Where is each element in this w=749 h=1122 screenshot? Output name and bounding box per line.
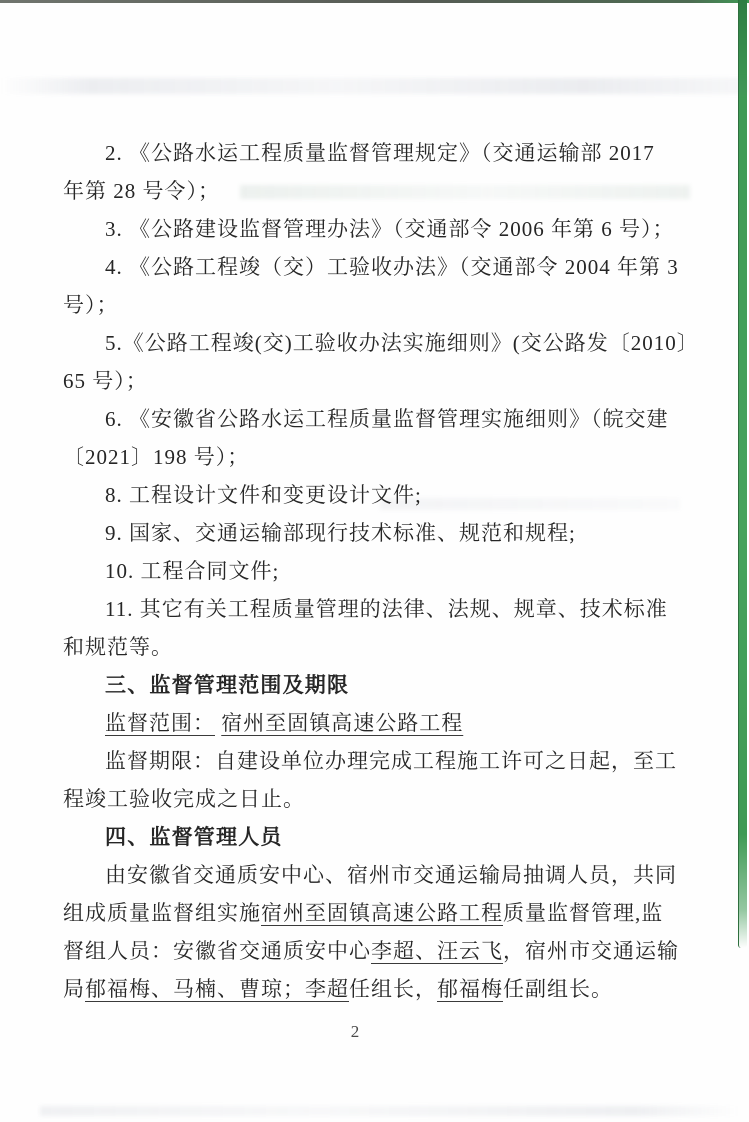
text-line: 监督期限：自建设单位办理完成工程施工许可之日起，至工 — [63, 742, 703, 780]
scanner-green-edge-strip — [738, 0, 747, 948]
text-run: 4. 《公路工程竣（交）工验收办法》（交通部令 2004 年第 3 — [105, 255, 679, 279]
underlined-text: 李超、汪云飞 — [371, 939, 503, 963]
text-run: 5.《公路工程竣(交)工验收办法实施细则》(交公路发〔2010〕 — [105, 331, 699, 355]
text-line: 3. 《公路建设监督管理办法》（交通部令 2006 年第 6 号）； — [63, 210, 703, 248]
text-run: 6. 《安徽省公路水运工程质量监督管理实施细则》（皖交建 — [105, 407, 669, 431]
text-run: 三、监督管理范围及期限 — [105, 673, 349, 697]
underlined-text: 郁福梅、马楠、曹琼； — [85, 977, 305, 1001]
document-body: 2. 《公路水运工程质量监督管理规定》（交通运输部 2017年第 28 号令）；… — [63, 134, 703, 1008]
text-line: 2. 《公路水运工程质量监督管理规定》（交通运输部 2017 — [63, 134, 703, 172]
text-run: 局 — [63, 977, 85, 1001]
underlined-text: 郁福梅 — [437, 977, 503, 1001]
ink-bleedthrough-artifact — [40, 1106, 740, 1116]
text-run: 质量监督管理,监 — [503, 901, 663, 925]
underlined-text: 宿州至固镇高速公路工程 — [221, 711, 463, 735]
text-run: 号）； — [63, 293, 119, 317]
text-run: 8. 工程设计文件和变更设计文件; — [105, 483, 422, 507]
section-heading: 三、监督管理范围及期限 — [63, 666, 703, 704]
ink-bleedthrough-artifact — [0, 78, 749, 94]
text-run: ，宿州市交通运输 — [503, 939, 679, 963]
text-line: 4. 《公路工程竣（交）工验收办法》（交通部令 2004 年第 3 — [63, 248, 703, 286]
text-run: 〔2021〕198 号）； — [63, 445, 249, 469]
scanned-document-page: 2. 《公路水运工程质量监督管理规定》（交通运输部 2017年第 28 号令）；… — [0, 0, 749, 1122]
page-number: 2 — [340, 1022, 370, 1042]
text-run: 11. 其它有关工程质量管理的法律、法规、规章、技术标准 — [105, 597, 668, 621]
text-run: 监督期限：自建设单位办理完成工程施工许可之日起，至工 — [105, 749, 677, 773]
text-line: 和规范等。 — [63, 628, 703, 666]
text-line: 11. 其它有关工程质量管理的法律、法规、规章、技术标准 — [63, 590, 703, 628]
text-line: 9. 国家、交通运输部现行技术标准、规范和规程; — [63, 514, 703, 552]
text-run: 组成质量监督组实施 — [63, 901, 261, 925]
scanner-top-edge-line — [0, 0, 749, 3]
text-line: 组成质量监督组实施宿州至固镇高速公路工程质量监督管理,监 — [63, 894, 703, 932]
text-line: 监督范围： 宿州至固镇高速公路工程 — [63, 704, 703, 742]
text-line: 程竣工验收完成之日止。 — [63, 780, 703, 818]
text-run: 3. 《公路建设监督管理办法》（交通部令 2006 年第 6 号）； — [105, 217, 675, 241]
text-line: 督组人员：安徽省交通质安中心李超、汪云飞，宿州市交通运输 — [63, 932, 703, 970]
underlined-text: 监督范围： — [105, 711, 215, 735]
text-line: 年第 28 号令）； — [63, 172, 703, 210]
section-heading: 四、监督管理人员 — [63, 818, 703, 856]
text-line: 由安徽省交通质安中心、宿州市交通运输局抽调人员，共同 — [63, 856, 703, 894]
underlined-text: 李超 — [305, 977, 349, 1001]
text-run: 9. 国家、交通运输部现行技术标准、规范和规程; — [105, 521, 576, 545]
text-line: 〔2021〕198 号）； — [63, 438, 703, 476]
text-line: 号）； — [63, 286, 703, 324]
text-run: 年第 28 号令）； — [63, 179, 220, 203]
text-run: 四、监督管理人员 — [105, 825, 283, 849]
text-run: 65 号）； — [63, 369, 148, 393]
text-line: 65 号）； — [63, 362, 703, 400]
text-run: 任副组长。 — [503, 977, 613, 1001]
text-run: 2. 《公路水运工程质量监督管理规定》（交通运输部 2017 — [105, 141, 655, 165]
text-run: 督组人员：安徽省交通质安中心 — [63, 939, 371, 963]
text-run: 任组长， — [349, 977, 437, 1001]
text-run: 由安徽省交通质安中心、宿州市交通运输局抽调人员，共同 — [105, 863, 677, 887]
text-line: 10. 工程合同文件; — [63, 552, 703, 590]
text-line: 8. 工程设计文件和变更设计文件; — [63, 476, 703, 514]
text-run: 程竣工验收完成之日止。 — [63, 787, 305, 811]
text-line: 局郁福梅、马楠、曹琼；李超任组长，郁福梅任副组长。 — [63, 970, 703, 1008]
text-run: 和规范等。 — [63, 635, 173, 659]
text-line: 6. 《安徽省公路水运工程质量监督管理实施细则》（皖交建 — [63, 400, 703, 438]
text-line: 5.《公路工程竣(交)工验收办法实施细则》(交公路发〔2010〕 — [63, 324, 703, 362]
text-run: 10. 工程合同文件; — [105, 559, 279, 583]
underlined-text: 宿州至固镇高速公路工程 — [261, 901, 503, 925]
